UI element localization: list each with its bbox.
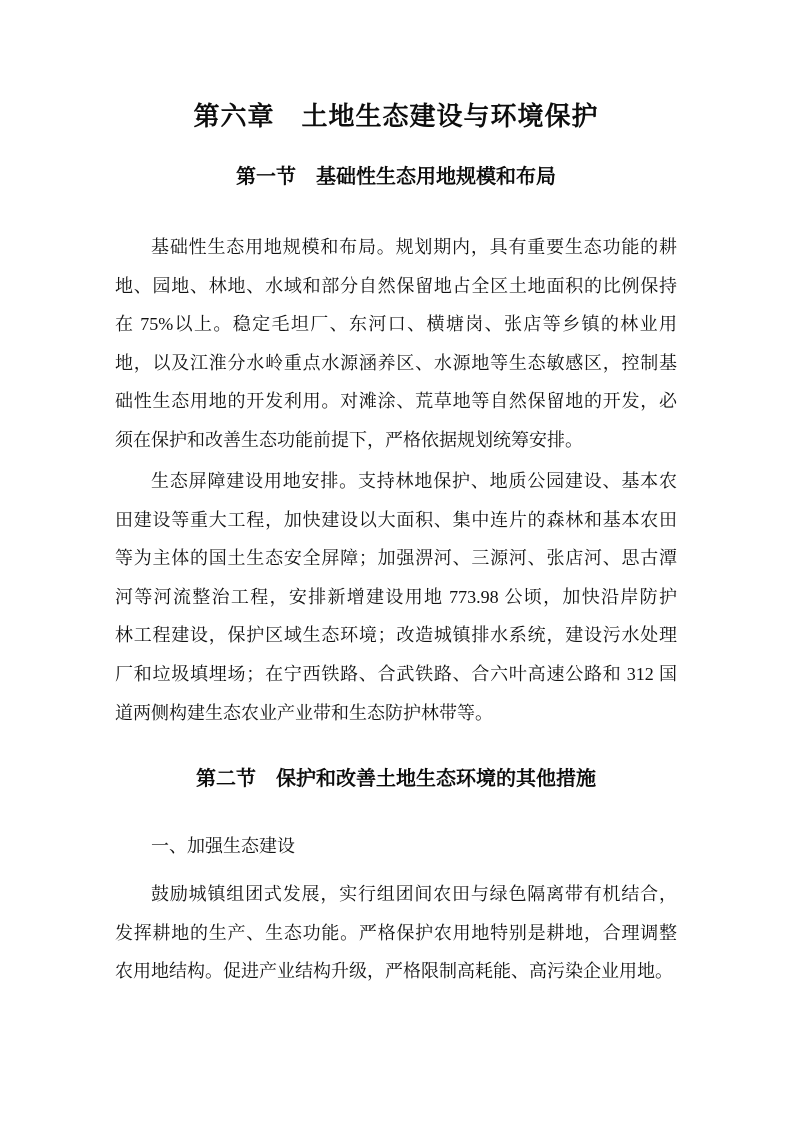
paragraph-3: 鼓励城镇组团式发展，实行组团间农田与绿色隔离带有机结合，发挥耕地的生产、生态功能… <box>115 875 677 991</box>
paragraph-line: 发挥耕地的生产、生态功能。严格保护农用地特别是耕地，合理调整 <box>115 914 677 953</box>
paragraph-line: 地，以及江淮分水岭重点水源涵养区、水源地等生态敏感区，控制基 <box>115 344 677 383</box>
section-1-heading: 第一节 基础性生态用地规模和布局 <box>115 163 677 191</box>
paragraph-line: 生态屏障建设用地安排。支持林地保护、地质公园建设、基本农 <box>115 462 677 501</box>
paragraph-line: 须在保护和改善生态功能前提下，严格依据规划统筹安排。 <box>115 421 677 460</box>
paragraph-line: 基础性生态用地规模和布局。规划期内，具有重要生态功能的耕 <box>115 228 677 267</box>
paragraph-line: 林工程建设，保护区域生态环境；改造城镇排水系统，建设污水处理 <box>115 616 677 655</box>
paragraph-line: 鼓励城镇组团式发展，实行组团间农田与绿色隔离带有机结合， <box>115 875 677 914</box>
paragraph-line: 础性生态用地的开发利用。对滩涂、荒草地等自然保留地的开发，必 <box>115 382 677 421</box>
document-page: 第六章 土地生态建设与环境保护 第一节 基础性生态用地规模和布局 基础性生态用地… <box>0 0 793 1122</box>
paragraph-2: 生态屏障建设用地安排。支持林地保护、地质公园建设、基本农田建设等重大工程，加快建… <box>115 462 677 732</box>
paragraph-line: 农用地结构。促进产业结构升级，严格限制高耗能、高污染企业用地。 <box>115 952 677 991</box>
paragraph-line: 厂和垃圾填埋场；在宁西铁路、合武铁路、合六叶高速公路和 312 国 <box>115 655 677 694</box>
paragraph-line: 道两侧构建生态农业产业带和生态防护林带等。 <box>115 694 677 733</box>
paragraph-line: 等为主体的国土生态安全屏障；加强淠河、三源河、张店河、思古潭 <box>115 539 677 578</box>
paragraph-line: 地、园地、林地、水域和部分自然保留地占全区土地面积的比例保持 <box>115 267 677 306</box>
paragraph-1: 基础性生态用地规模和布局。规划期内，具有重要生态功能的耕地、园地、林地、水域和部… <box>115 228 677 460</box>
section-2-heading: 第二节 保护和改善土地生态环境的其他措施 <box>115 765 677 793</box>
paragraph-line: 在 75%以上。稳定毛坦厂、东河口、横塘岗、张店等乡镇的林业用 <box>115 305 677 344</box>
chapter-title: 第六章 土地生态建设与环境保护 <box>115 98 677 134</box>
paragraph-line: 田建设等重大工程，加快建设以大面积、集中连片的森林和基本农田 <box>115 501 677 540</box>
paragraph-line: 河等河流整治工程，安排新增建设用地 773.98 公顷，加快沿岸防护 <box>115 578 677 617</box>
subsection-1-heading: 一、加强生态建设 <box>115 827 713 866</box>
